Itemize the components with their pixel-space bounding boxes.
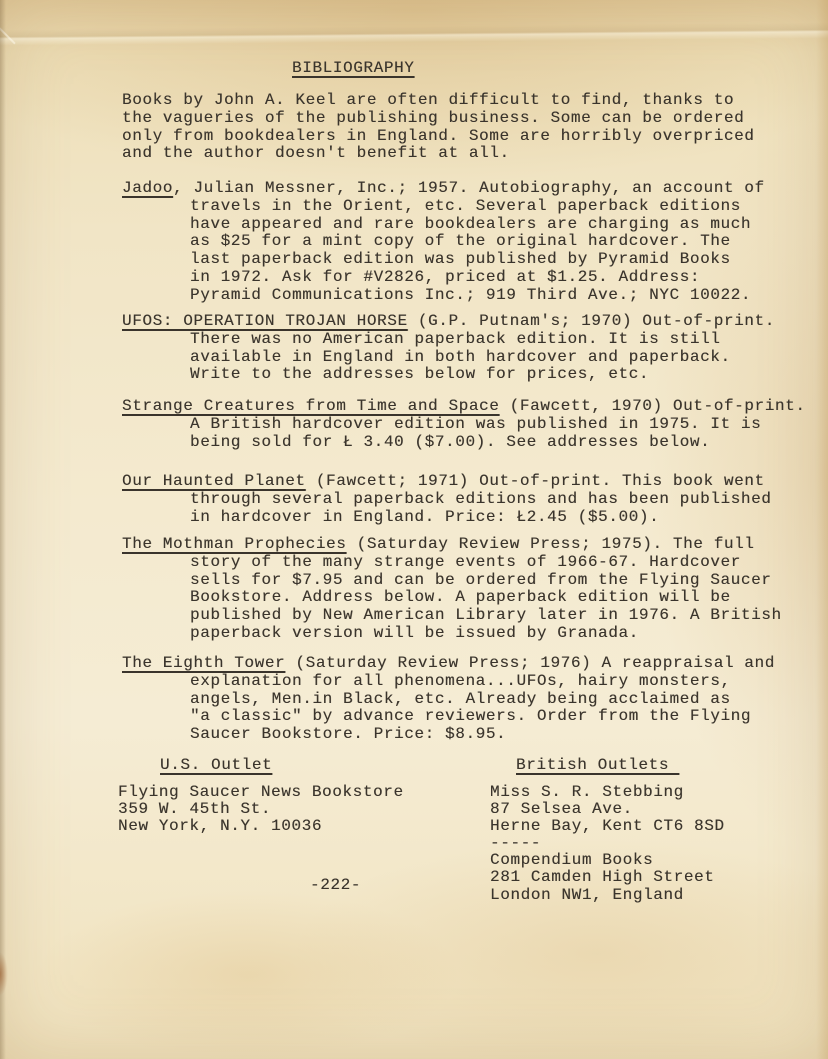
address-line: Flying Saucer News Bookstore [118,784,404,801]
bibliography-entry-jadoo: Jadoo, Julian Messner, Inc.; 1957. Autob… [122,180,828,305]
address-line: Miss S. R. Stebbing [490,784,725,801]
british-outlets-addresses: Miss S. R. Stebbing 87 Selsea Ave. Herne… [490,784,725,904]
paper-stain [0,952,8,996]
bibliography-entry-haunted-planet: Our Haunted Planet (Fawcett; 1971) Out-o… [122,473,828,526]
document-page: BIBLIOGRAPHY Books by John A. Keel are o… [0,0,828,1059]
entry-title: UFOS: OPERATION TROJAN HORSE [122,312,408,330]
entry-title: Our Haunted Planet [122,472,306,490]
british-outlets-heading: British Outlets [516,757,679,775]
address-line: New York, N.Y. 10036 [118,818,404,835]
entry-title: Jadoo [122,179,173,197]
address-line: 87 Selsea Ave. [490,801,725,818]
address-line: Herne Bay, Kent CT6 8SD [490,818,725,835]
page-number: -222- [310,877,361,895]
bibliography-entry-strange-creatures: Strange Creatures from Time and Space (F… [122,398,828,451]
address-line: Compendium Books [490,852,725,869]
entry-title: Strange Creatures from Time and Space [122,397,499,415]
entry-details: , Julian Messner, Inc.; 1957. Autobiogra… [173,179,765,304]
us-outlet-heading: U.S. Outlet [160,757,272,775]
address-divider: ----- [490,835,725,852]
bibliography-entry-mothman: The Mothman Prophecies (Saturday Review … [122,536,828,643]
intro-paragraph: Books by John A. Keel are often difficul… [122,92,822,163]
address-line: 359 W. 45th St. [118,801,404,818]
left-scan-edge [0,0,6,1059]
page-title: BIBLIOGRAPHY [292,60,414,78]
entry-title: The Mothman Prophecies [122,535,346,553]
paper-crease [0,22,828,45]
us-outlet-address: Flying Saucer News Bookstore 359 W. 45th… [118,784,404,835]
entry-title: The Eighth Tower [122,654,285,672]
address-line: 281 Camden High Street [490,869,725,886]
address-line: London NW1, England [490,887,725,904]
bibliography-entry-trojan-horse: UFOS: OPERATION TROJAN HORSE (G.P. Putna… [122,313,828,384]
bibliography-entry-eighth-tower: The Eighth Tower (Saturday Review Press;… [122,655,828,744]
